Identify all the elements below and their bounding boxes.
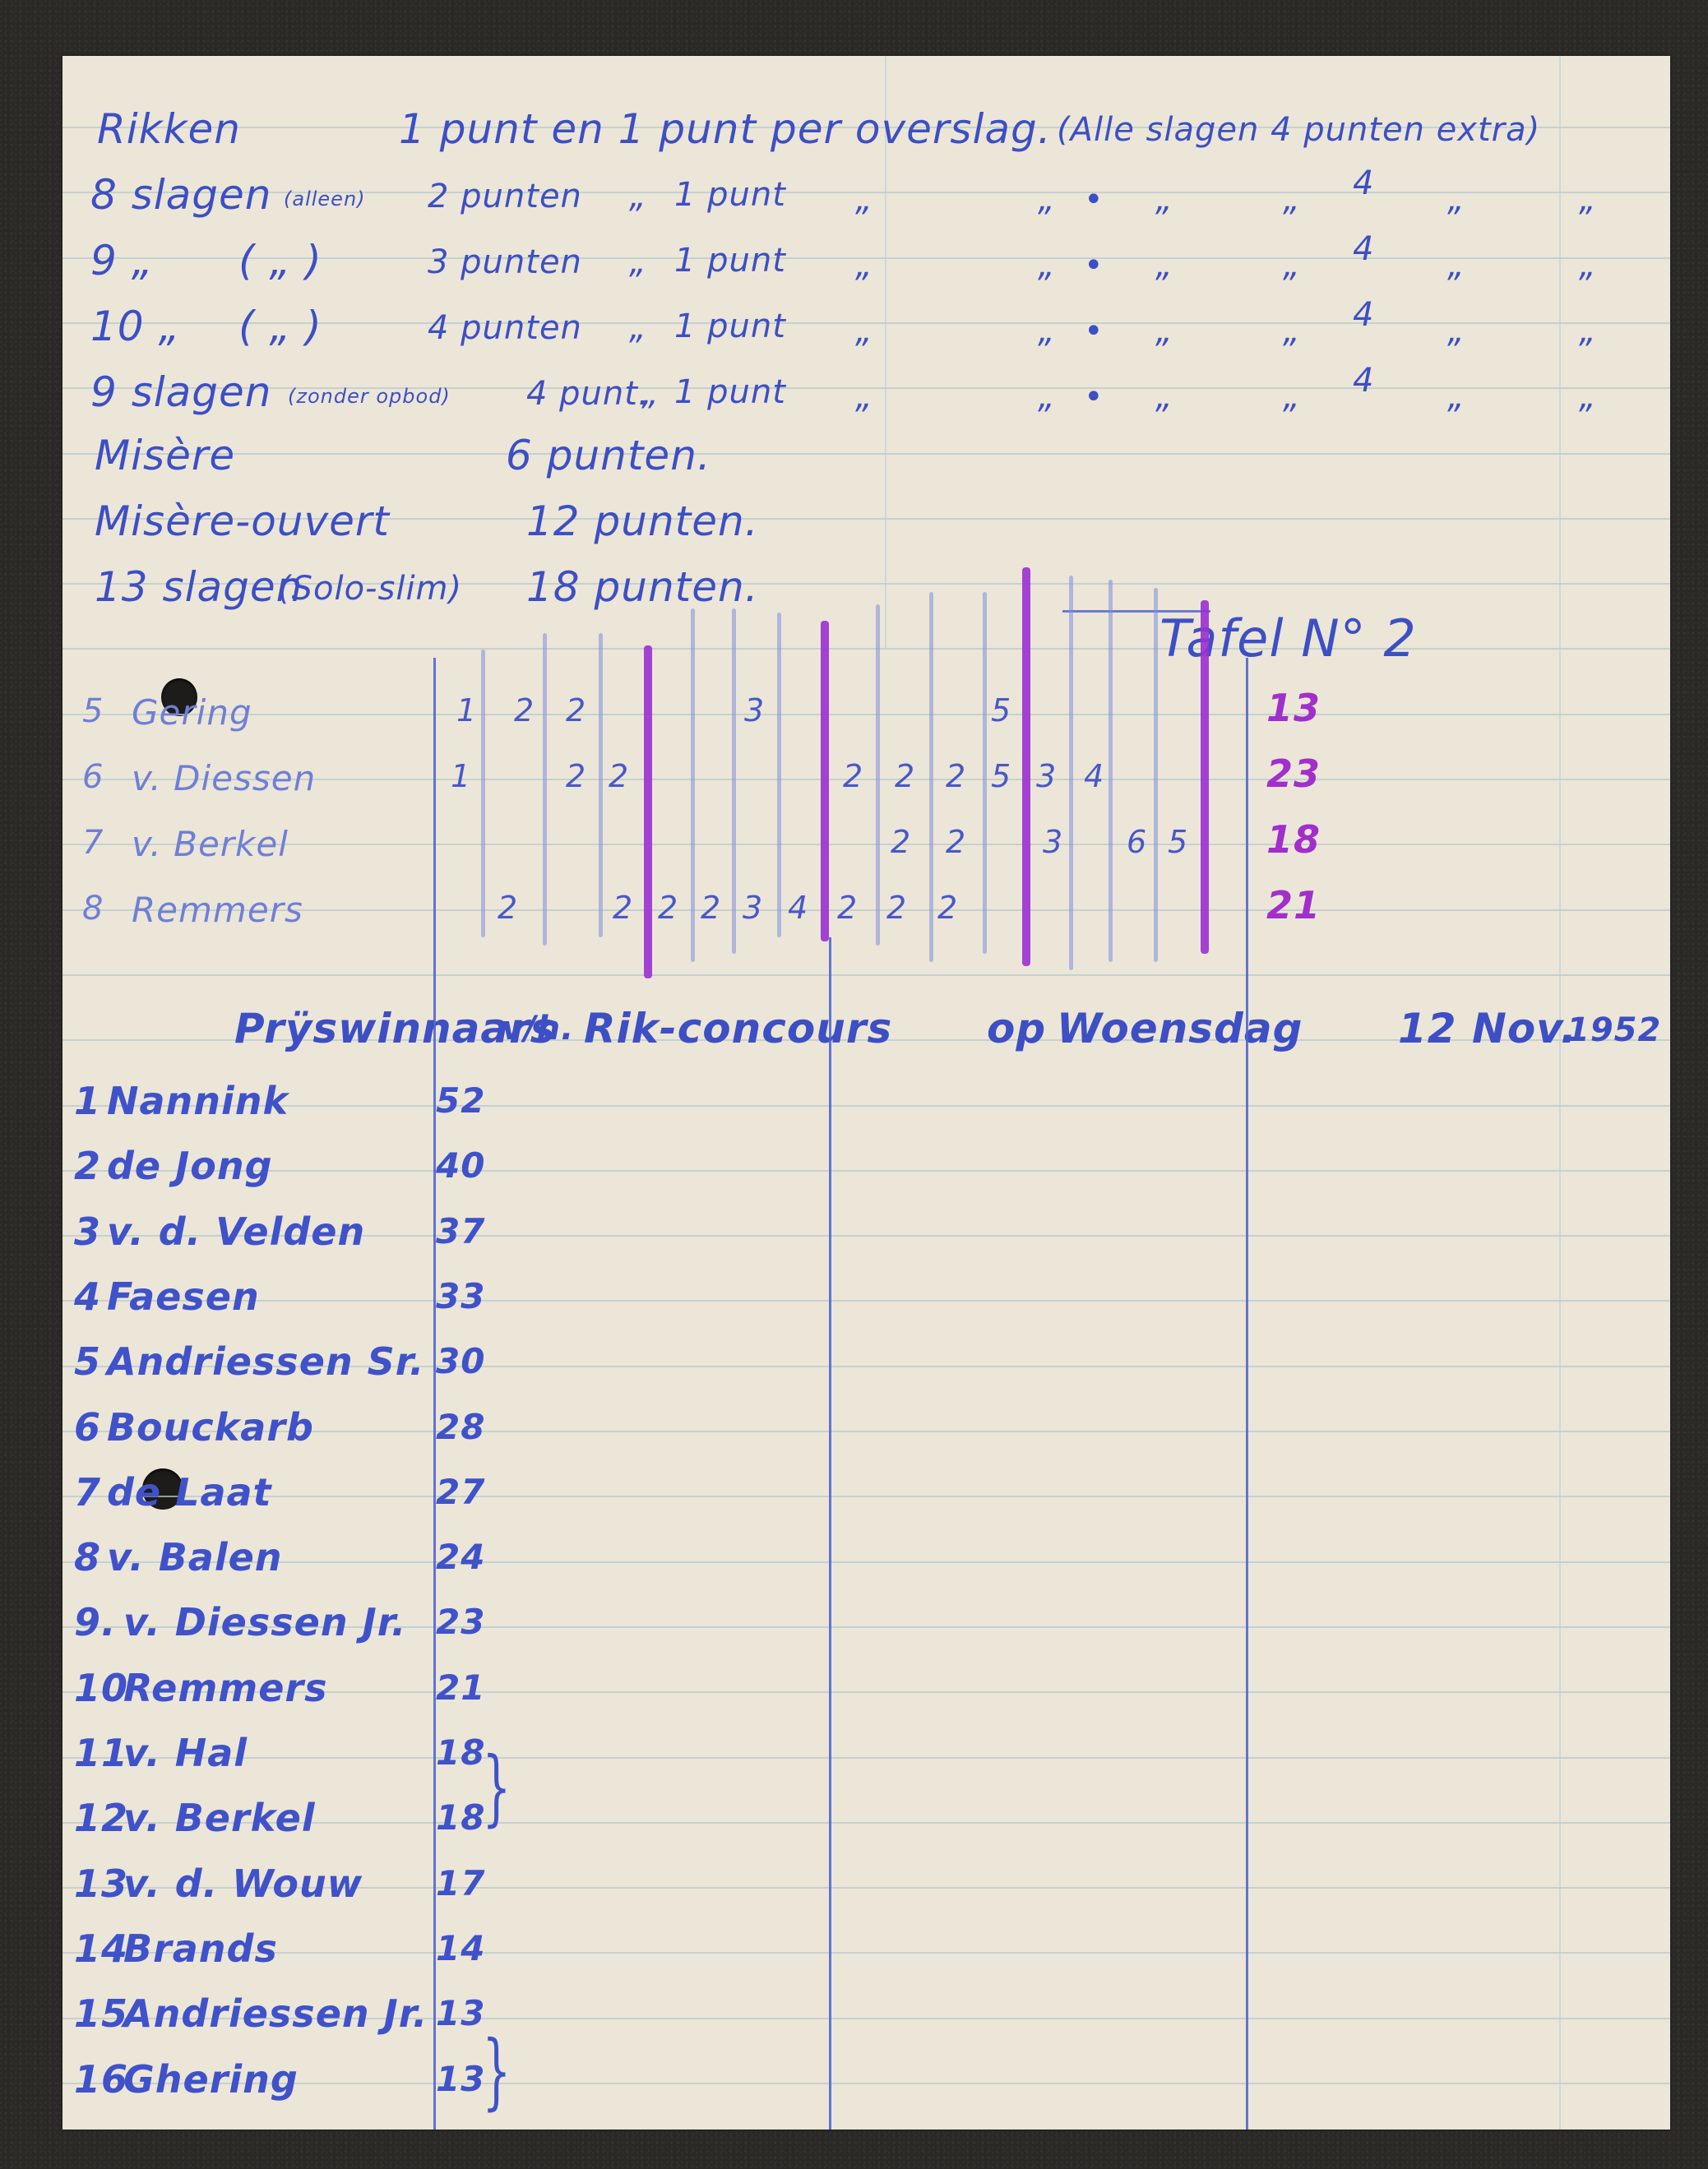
ditto-mark: „ [1038, 378, 1056, 416]
ditto-mark: „ [855, 247, 873, 284]
score-cell: 2 [613, 890, 633, 926]
ditto-mark: „ [855, 312, 873, 350]
ditto-mark: „ [1283, 181, 1301, 219]
ditto-mark: • [1084, 247, 1104, 284]
score-column-divider [481, 650, 485, 937]
prize-name: Remmers [123, 1666, 327, 1710]
prize-score: 18 [436, 1797, 485, 1838]
ditto-mark: „ [629, 309, 647, 347]
player-seat: 5 [82, 692, 104, 730]
prize-rank: 7 [74, 1470, 101, 1515]
player-total: 21 [1266, 883, 1321, 927]
score-cell: 2 [701, 890, 721, 926]
fixed-points: 12 punten. [526, 497, 759, 545]
rule-points: 4 punten [428, 309, 582, 347]
score-column-divider [543, 633, 547, 946]
prize-name: de Laat [107, 1470, 272, 1515]
ditto-mark: „ [1579, 247, 1597, 284]
tie-brace-15-16: } [482, 2023, 511, 2119]
prize-rank: 10 [74, 1666, 128, 1710]
score-column-divider [983, 592, 987, 954]
ditto-mark: • [1084, 181, 1104, 219]
prize-rank: 13 [74, 1861, 128, 1906]
prize-score: 14 [436, 1928, 485, 1968]
ruled-line [62, 1757, 1670, 1759]
rule-contract: 8 slagen [90, 171, 271, 219]
rules-extra: (Alle slagen 4 punten extra) [1057, 111, 1540, 149]
player-total: 13 [1266, 686, 1321, 730]
rule-contract: 9 „ [90, 237, 154, 284]
ditto-mark: „ [1155, 312, 1173, 350]
score-cell: 1 [451, 758, 471, 794]
score-cell: 3 [743, 890, 763, 926]
prize-name: Bouckarb [107, 1405, 314, 1450]
score-cell: 2 [837, 890, 858, 926]
score-column-divider [1109, 580, 1113, 962]
ditto-mark: „ [855, 181, 873, 219]
prize-name: v. Berkel [123, 1796, 316, 1840]
rule-points: 2 punten [428, 178, 582, 215]
prize-rank: 6 [74, 1405, 101, 1450]
score-cell: 2 [946, 824, 966, 860]
score-cell: 6 [1127, 824, 1147, 860]
score-cell: 2 [891, 824, 911, 860]
score-cell: 2 [937, 890, 958, 926]
fixed-points: 18 punten. [526, 563, 759, 611]
ditto-mark: „ [1447, 247, 1465, 284]
score-cell: 2 [514, 692, 535, 728]
prize-name: Ghering [123, 2057, 299, 2102]
prize-score: 21 [436, 1667, 485, 1708]
rule-per-overslag: 1 punt [674, 308, 786, 345]
score-cell: 2 [609, 758, 629, 794]
rule-points: 3 punten [428, 243, 582, 281]
score-cell: 2 [498, 890, 518, 926]
column-line-right [1246, 658, 1248, 2130]
ditto-mark: „ [1283, 312, 1301, 350]
prize-name: v. Diessen Jr. [123, 1600, 406, 1644]
ditto-mark: „ [1155, 247, 1173, 284]
column-line-middle [829, 937, 831, 2130]
rule-extra-points: 4 [1353, 230, 1374, 268]
ditto-mark: „ [1579, 378, 1597, 416]
player-name: Gering [132, 692, 252, 733]
ditto-mark: „ [1447, 312, 1465, 350]
score-column-divider [599, 633, 603, 937]
prize-name: Brands [123, 1926, 278, 1971]
prize-score: 17 [436, 1863, 485, 1903]
score-cell: 3 [1043, 824, 1063, 860]
rule-extra-points: 4 [1353, 362, 1374, 400]
rule-note: ( „ ) [238, 303, 322, 350]
score-column-divider [1069, 576, 1073, 970]
prize-rank: 4 [74, 1274, 101, 1319]
rule-per-overslag: 1 punt [674, 373, 786, 411]
score-cell: 5 [991, 692, 1011, 728]
player-name: v. Diessen [132, 758, 316, 798]
rule-note: (zonder opbod) [288, 385, 451, 408]
score-column-divider [876, 604, 880, 946]
ruled-line [62, 909, 1670, 911]
title-overline [1062, 610, 1210, 613]
prize-rank: 11 [74, 1731, 128, 1775]
prize-rank: 1 [74, 1079, 101, 1123]
ditto-mark: „ [629, 243, 647, 281]
round-separator [1201, 600, 1209, 954]
prize-rank: 16 [74, 2057, 128, 2102]
prize-rank: 5 [74, 1339, 101, 1384]
ruled-line [62, 844, 1670, 845]
round-separator [821, 621, 829, 941]
prize-name: v. d. Velden [107, 1209, 365, 1254]
ruled-line [62, 1496, 1670, 1497]
ditto-mark: „ [1038, 247, 1056, 284]
rule-per-overslag: 1 punt [674, 242, 786, 280]
ruled-line [62, 1300, 1670, 1302]
score-column-divider [1154, 588, 1158, 962]
prize-rank: 14 [74, 1926, 128, 1971]
prize-name: v. d. Wouw [123, 1861, 363, 1906]
score-cell: 5 [991, 758, 1011, 794]
score-cell: 3 [1036, 758, 1057, 794]
prize-score: 23 [436, 1602, 485, 1642]
rule-note: (alleen) [284, 187, 366, 210]
ditto-mark: „ [1579, 312, 1597, 350]
fixed-contract: 13 slagen [95, 563, 303, 611]
ruled-line [62, 1105, 1670, 1107]
player-total: 23 [1266, 752, 1321, 796]
prize-rank: 2 [74, 1144, 101, 1188]
ditto-mark: „ [1038, 312, 1056, 350]
ditto-mark: „ [1283, 378, 1301, 416]
prize-rank: 9. [74, 1600, 116, 1644]
round-separator [644, 645, 652, 978]
player-name: Remmers [132, 890, 303, 930]
score-cell: 1 [456, 692, 477, 728]
ditto-mark: „ [1579, 181, 1597, 219]
score-cell: 3 [744, 692, 765, 728]
score-cell: 2 [566, 758, 586, 794]
prize-name: v. Balen [107, 1535, 283, 1579]
score-cell: 4 [788, 890, 808, 926]
ditto-mark: „ [629, 178, 647, 215]
ruled-line [62, 1561, 1670, 1563]
prize-name: de Jong [107, 1144, 273, 1188]
ruled-line [62, 2083, 1670, 2084]
score-column-divider [777, 613, 781, 937]
score-column-divider [929, 592, 933, 962]
ditto-mark: • [1084, 312, 1104, 350]
player-total: 18 [1266, 817, 1321, 862]
ditto-mark: • [1084, 378, 1104, 416]
score-cell: 2 [566, 692, 586, 728]
prize-name: Faesen [107, 1274, 260, 1319]
ditto-mark: „ [641, 375, 660, 413]
prize-score: 40 [436, 1145, 485, 1186]
rule-contract: 10 „ [90, 303, 180, 350]
score-column-divider [732, 608, 736, 954]
round-separator [1022, 567, 1030, 966]
prize-score: 24 [436, 1537, 485, 1577]
ruled-line [62, 714, 1670, 715]
ruled-line [62, 1952, 1670, 1954]
score-column-divider [691, 608, 695, 962]
prize-rank: 15 [74, 1991, 128, 2036]
ditto-mark: „ [1283, 247, 1301, 284]
prize-name: v. Hal [123, 1731, 248, 1775]
prize-score: 52 [436, 1080, 485, 1121]
player-seat: 6 [82, 758, 104, 796]
rules-base: 1 punt en 1 punt per overslag. [399, 105, 1052, 153]
ruled-line [62, 974, 1670, 976]
prize-score: 30 [436, 1341, 485, 1381]
prize-name: Nannink [107, 1079, 289, 1123]
score-cell: 2 [946, 758, 966, 794]
prize-score: 33 [436, 1276, 485, 1316]
ruled-line [62, 648, 1670, 650]
rule-per-overslag: 1 punt [674, 176, 786, 214]
ruled-line [62, 453, 1670, 455]
prize-score: 37 [436, 1211, 485, 1251]
prize-score: 28 [436, 1407, 485, 1447]
ruled-line [62, 1170, 1670, 1172]
prize-score: 13 [436, 1993, 485, 2033]
rule-points: 4 punt. [526, 375, 650, 413]
ditto-mark: „ [855, 378, 873, 416]
score-cell: 5 [1168, 824, 1188, 860]
prize-name: Andriessen Jr. [123, 1991, 428, 2036]
player-seat: 8 [82, 890, 104, 927]
fixed-note: (Solo-slim) [278, 570, 462, 608]
score-cell: 2 [843, 758, 863, 794]
rule-note: ( „ ) [238, 237, 322, 284]
rule-extra-points: 4 [1353, 164, 1374, 202]
prize-name: Andriessen Sr. [107, 1339, 424, 1384]
player-name: v. Berkel [132, 824, 289, 864]
score-table-title: Tafel N° 2 [1159, 608, 1417, 668]
fixed-contract: Misère-ouvert [95, 497, 390, 545]
score-cell: 2 [895, 758, 915, 794]
tie-brace-11-12: } [482, 1739, 511, 1835]
margin-rule [1559, 56, 1561, 2130]
prize-score: 27 [436, 1472, 485, 1512]
score-cell: 2 [886, 890, 907, 926]
ditto-mark: „ [1155, 378, 1173, 416]
column-line-score [433, 658, 436, 2130]
player-seat: 7 [82, 824, 104, 862]
ditto-mark: „ [1447, 181, 1465, 219]
prize-rank: 12 [74, 1796, 128, 1840]
prize-rank: 8 [74, 1535, 101, 1579]
rule-contract: 9 slagen [90, 368, 271, 416]
prize-score: 13 [436, 2059, 485, 2099]
ditto-mark: „ [1038, 181, 1056, 219]
fixed-contract: Misère [95, 432, 235, 479]
rule-extra-points: 4 [1353, 296, 1374, 334]
fixed-points: 6 punten. [506, 432, 711, 479]
prize-rank: 3 [74, 1209, 101, 1254]
ditto-mark: „ [1155, 181, 1173, 219]
rules-title: Rikken [97, 105, 241, 153]
prize-score: 18 [436, 1732, 485, 1773]
ditto-mark: „ [1447, 378, 1465, 416]
score-cell: 4 [1084, 758, 1104, 794]
score-cell: 2 [658, 890, 678, 926]
